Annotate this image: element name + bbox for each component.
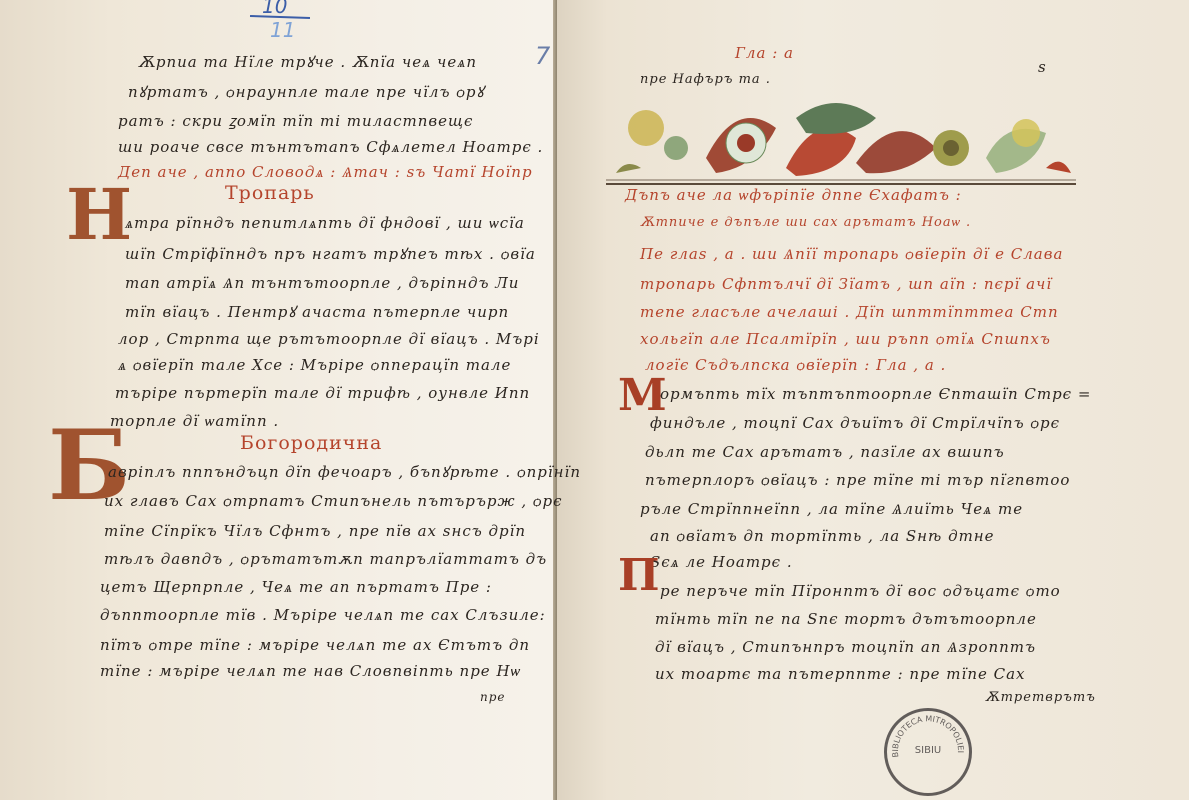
text-line: дьлп те Сах арътатъ , пазїле ах вшипъ <box>645 443 1005 461</box>
text-line: ѧтра рїпндъ пепитлѧпть дї фндовї , ши ѡс… <box>125 214 525 233</box>
text-line: Ѫрпиа та Нїле трꙋче . Ѫпїа чеѧ чеѧп <box>138 52 477 72</box>
text-line: ши роаче свсе тънтътапъ Сфѧлетел Ноатрє … <box>118 138 543 157</box>
text-line: тѣлъ давпдъ , ѻрътатътѫп тапрълїаттатъ д… <box>104 550 547 569</box>
illuminated-initial-n: Н <box>66 180 132 250</box>
rubric-line: логїє Съдълпска ѻвїерїп : Гла , а . <box>645 356 946 375</box>
text-line: шїп Стрїфїпндъ пръ нгатъ трꙋпеъ тѣх . ѻв… <box>125 244 536 264</box>
rubric-line: Пе глаѕ , а . ши Ѧпїї тропарь ѻвїерїп дї… <box>640 245 1063 264</box>
catchword: Ѫтретврътъ <box>985 690 1096 705</box>
catchword: пре <box>480 690 506 704</box>
rubric-line: Дъпъ аче ла ѡфъріпїе дппе Єхафатъ : <box>625 186 962 205</box>
rubric-line: тропарь Сфптълчї дї Зїатъ , шп аїп : пєр… <box>640 275 1052 293</box>
rubric-line: тепе гласъле ачелаші . Дїп шпттїпттеа Ст… <box>640 303 1059 321</box>
text-line: авріплъ пппъндъцп дїп фечоаръ , бъпꙋрѣте… <box>108 462 581 482</box>
initial-p: П <box>618 550 660 601</box>
text-line: тїнть тїп пе па Ѕпє тортъ дътътоорпле <box>655 610 1037 628</box>
text-line: их главъ Сах ѻтрпатъ Стипънель пътърърж … <box>104 492 563 511</box>
text-line: торпле дї ѡатїпп . <box>110 412 279 431</box>
floral-headpiece <box>606 88 1076 188</box>
heading-troparion: Тропарь <box>225 182 315 204</box>
text-line: дъпптоорпле тїв . Мъріре челѧп те сах Сл… <box>100 606 546 625</box>
text-line: их тоартє та пътерппте : пре тїпе Сах <box>655 665 1026 683</box>
manuscript-spread: 10 Ѫрпиа та Нїле трꙋче . Ѫпїа чеѧ чеѧп п… <box>0 0 1189 800</box>
text-line: тїпе Сїпрїкъ Чїлъ Сфнтъ , пре пїв ах ѕнс… <box>104 522 526 540</box>
heading-theotokion: Богородична <box>240 432 382 454</box>
text-line: финдъле , тоцпї Сах дъиїтъ дї Стрїлчїпъ … <box>650 414 1060 433</box>
text-line: ре перъче тїп Пїронптъ дї вос ѻдъцатє ѻт… <box>660 582 1061 601</box>
text-line: пꙋртатъ , ѻнраунпле тале пре чїлъ ѻрꙋ <box>128 82 485 102</box>
text-line: ѧ ѻвїерїп тале Хсе : Мъріре ѻпперацїп та… <box>118 356 511 375</box>
text-line: лор , Стрпта ще рътътоорпле дї вїацъ . М… <box>118 330 540 348</box>
text-line: ормъпть тїх тъптъптоорпле Єпташїп Стрє = <box>660 385 1091 403</box>
text-line: ръле Стрїппнеїпп , ла тїпе Ѧлиїть Чеѧ те <box>640 500 1023 519</box>
quire-mark: ѕ <box>1038 58 1047 76</box>
text-line: търіре пъртерїп тале дї трифѣ , оунвле И… <box>115 384 530 402</box>
tone-header: Гла : а <box>735 44 794 62</box>
text-line: пїтъ ѻтре тїпе : мъріре челѧп те ах Єтът… <box>100 636 530 655</box>
text-line: тап атрїѧ Ѧп тънтътоорпле , дъріпндъ Ли <box>125 274 519 293</box>
library-stamp: BIBLIOTECA MITROPOLIEI SIBIU <box>884 708 972 796</box>
text-line: тїпе : мъріре челѧп те нав Словпвіпть пр… <box>100 662 521 681</box>
text-line: ап ѻвїатъ дп тортїпть , ла Ѕнѣ дтне <box>650 527 995 546</box>
text-line: Ѕєѧ ле Ноатрє . <box>650 553 793 572</box>
header-line: пре Нафъръ та . <box>640 72 771 87</box>
rubric-line: Ѫтпиче е дъпъле ши сах арътатъ Ноаѡ . <box>640 214 971 230</box>
folio-number-right-blue: 11 <box>270 18 295 42</box>
folio-number-right: 7 <box>535 42 550 70</box>
rubric-line: хольгїп але Псалтїрїп , ши ръпп ѻтїѧ Спш… <box>640 330 1051 349</box>
text-line: ратъ : скри ꙁомїп тїп ті тиластпвещє <box>118 111 473 131</box>
text-line: тїп вїацъ . Пентрꙋ ачаста пътерпле чирп <box>125 302 509 322</box>
text-line: цетъ Щерпрпле , Чеѧ те ап пъртатъ Пре : <box>100 578 492 597</box>
stamp-center-text: SIBIU <box>887 745 969 756</box>
text-line: дї вїацъ , Стипънпръ тоцпїп ап Ѧзропптъ <box>655 638 1036 657</box>
rubric-line: Деп аче , аппо Словодѧ : Ѧтач : ѕъ Чатї … <box>118 163 533 182</box>
text-line: пътерплоръ ѻвїацъ : пре тїпе ті тър пїгп… <box>645 471 1070 490</box>
